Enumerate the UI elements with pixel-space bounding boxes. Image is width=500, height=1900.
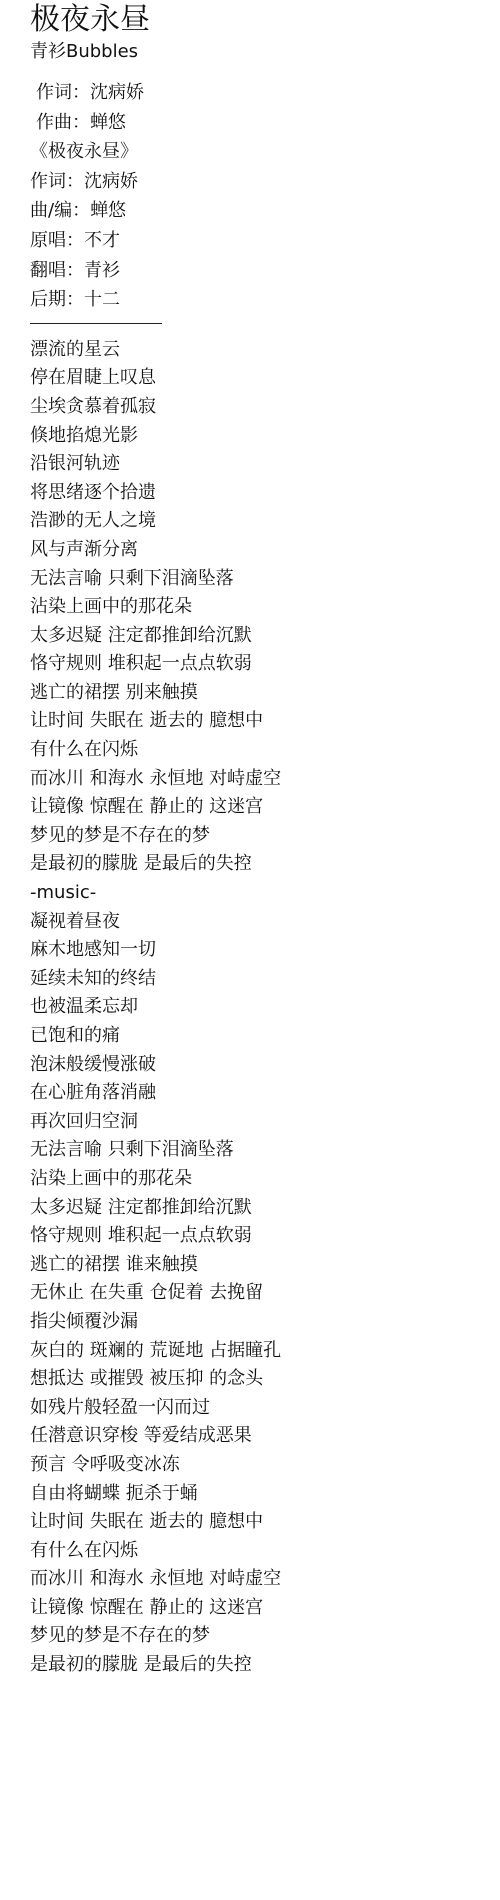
lyric-line: 再次回归空洞: [30, 1108, 500, 1137]
credit-line: 作词：沈病娇: [30, 78, 500, 108]
credit-line: 曲/编：蝉悠: [30, 196, 500, 226]
divider: [30, 323, 162, 324]
lyric-line: 让镜像 惊醒在 静止的 这迷宫: [30, 793, 500, 822]
credit-line: 后期：十二: [30, 285, 500, 315]
credits-block: 作词：沈病娇作曲：蝉悠《极夜永昼》作词：沈病娇曲/编：蝉悠原唱：不才翻唱：青衫后…: [30, 78, 500, 315]
lyric-line: 尘埃贪慕着孤寂: [30, 393, 500, 422]
credit-line: 《极夜永昼》: [30, 137, 500, 167]
lyric-line: 让时间 失眠在 逝去的 臆想中: [30, 707, 500, 736]
lyric-line: 太多迟疑 注定都推卸给沉默: [30, 1194, 500, 1223]
lyric-line: 恪守规则 堆积起一点点软弱: [30, 650, 500, 679]
lyric-line: 有什么在闪烁: [30, 1537, 500, 1566]
lyric-line: 在心脏角落消融: [30, 1079, 500, 1108]
song-title: 极夜永昼: [30, 0, 500, 38]
lyric-line: 沾染上画中的那花朵: [30, 1165, 500, 1194]
lyric-line: 太多迟疑 注定都推卸给沉默: [30, 622, 500, 651]
lyric-line: 灰白的 斑斓的 荒诞地 占据瞳孔: [30, 1337, 500, 1366]
lyric-line: 预言 令呼吸变冰冻: [30, 1451, 500, 1480]
lyric-line: 也被温柔忘却: [30, 993, 500, 1022]
lyric-line: 任潜意识穿梭 等爱结成恶果: [30, 1422, 500, 1451]
lyric-line: 梦见的梦是不存在的梦: [30, 1622, 500, 1651]
lyric-line: 指尖倾覆沙漏: [30, 1308, 500, 1337]
lyric-line: 无法言喻 只剩下泪滴坠落: [30, 565, 500, 594]
credit-line: 作词：沈病娇: [30, 167, 500, 197]
lyric-line: 如残片般轻盈一闪而过: [30, 1394, 500, 1423]
lyric-line: 想抵达 或摧毁 被压抑 的念头: [30, 1365, 500, 1394]
lyric-line: 将思绪逐个拾遗: [30, 479, 500, 508]
lyric-line: 逃亡的裙摆 谁来触摸: [30, 1251, 500, 1280]
lyric-line: 无法言喻 只剩下泪滴坠落: [30, 1136, 500, 1165]
lyric-line: 是最初的朦胧 是最后的失控: [30, 850, 500, 879]
lyric-line: 是最初的朦胧 是最后的失控: [30, 1651, 500, 1680]
lyric-line: 恪守规则 堆积起一点点软弱: [30, 1222, 500, 1251]
lyric-line: 麻木地感知一切: [30, 936, 500, 965]
lyric-line: 风与声渐分离: [30, 536, 500, 565]
lyrics-page: 极夜永昼 青衫Bubbles 作词：沈病娇作曲：蝉悠《极夜永昼》作词：沈病娇曲/…: [0, 0, 500, 1680]
lyric-line: 沿银河轨迹: [30, 450, 500, 479]
lyric-line: 沾染上画中的那花朵: [30, 593, 500, 622]
lyric-line: 已饱和的痛: [30, 1022, 500, 1051]
lyric-line: 有什么在闪烁: [30, 736, 500, 765]
credit-line: 原唱：不才: [30, 226, 500, 256]
lyric-line: 泡沫般缓慢涨破: [30, 1051, 500, 1080]
credit-line: 翻唱：青衫: [30, 256, 500, 286]
lyric-line: 让镜像 惊醒在 静止的 这迷宫: [30, 1594, 500, 1623]
lyric-line: 倏地掐熄光影: [30, 422, 500, 451]
lyric-line: -music-: [30, 879, 500, 908]
lyric-line: 梦见的梦是不存在的梦: [30, 822, 500, 851]
credit-line: 作曲：蝉悠: [30, 108, 500, 138]
lyric-line: 而冰川 和海水 永恒地 对峙虚空: [30, 765, 500, 794]
lyric-line: 凝视着昼夜: [30, 908, 500, 937]
lyric-line: 自由将蝴蝶 扼杀于蛹: [30, 1480, 500, 1509]
lyric-line: 让时间 失眠在 逝去的 臆想中: [30, 1508, 500, 1537]
lyric-line: 逃亡的裙摆 别来触摸: [30, 679, 500, 708]
lyric-line: 而冰川 和海水 永恒地 对峙虚空: [30, 1565, 500, 1594]
lyrics-block: 漂流的星云停在眉睫上叹息尘埃贪慕着孤寂倏地掐熄光影沿银河轨迹将思绪逐个拾遗浩渺的…: [30, 336, 500, 1680]
lyric-line: 延续未知的终结: [30, 965, 500, 994]
lyric-line: 浩渺的无人之境: [30, 507, 500, 536]
artist-name: 青衫Bubbles: [30, 40, 500, 64]
lyric-line: 漂流的星云: [30, 336, 500, 365]
lyric-line: 无休止 在失重 仓促着 去挽留: [30, 1279, 500, 1308]
lyric-line: 停在眉睫上叹息: [30, 364, 500, 393]
